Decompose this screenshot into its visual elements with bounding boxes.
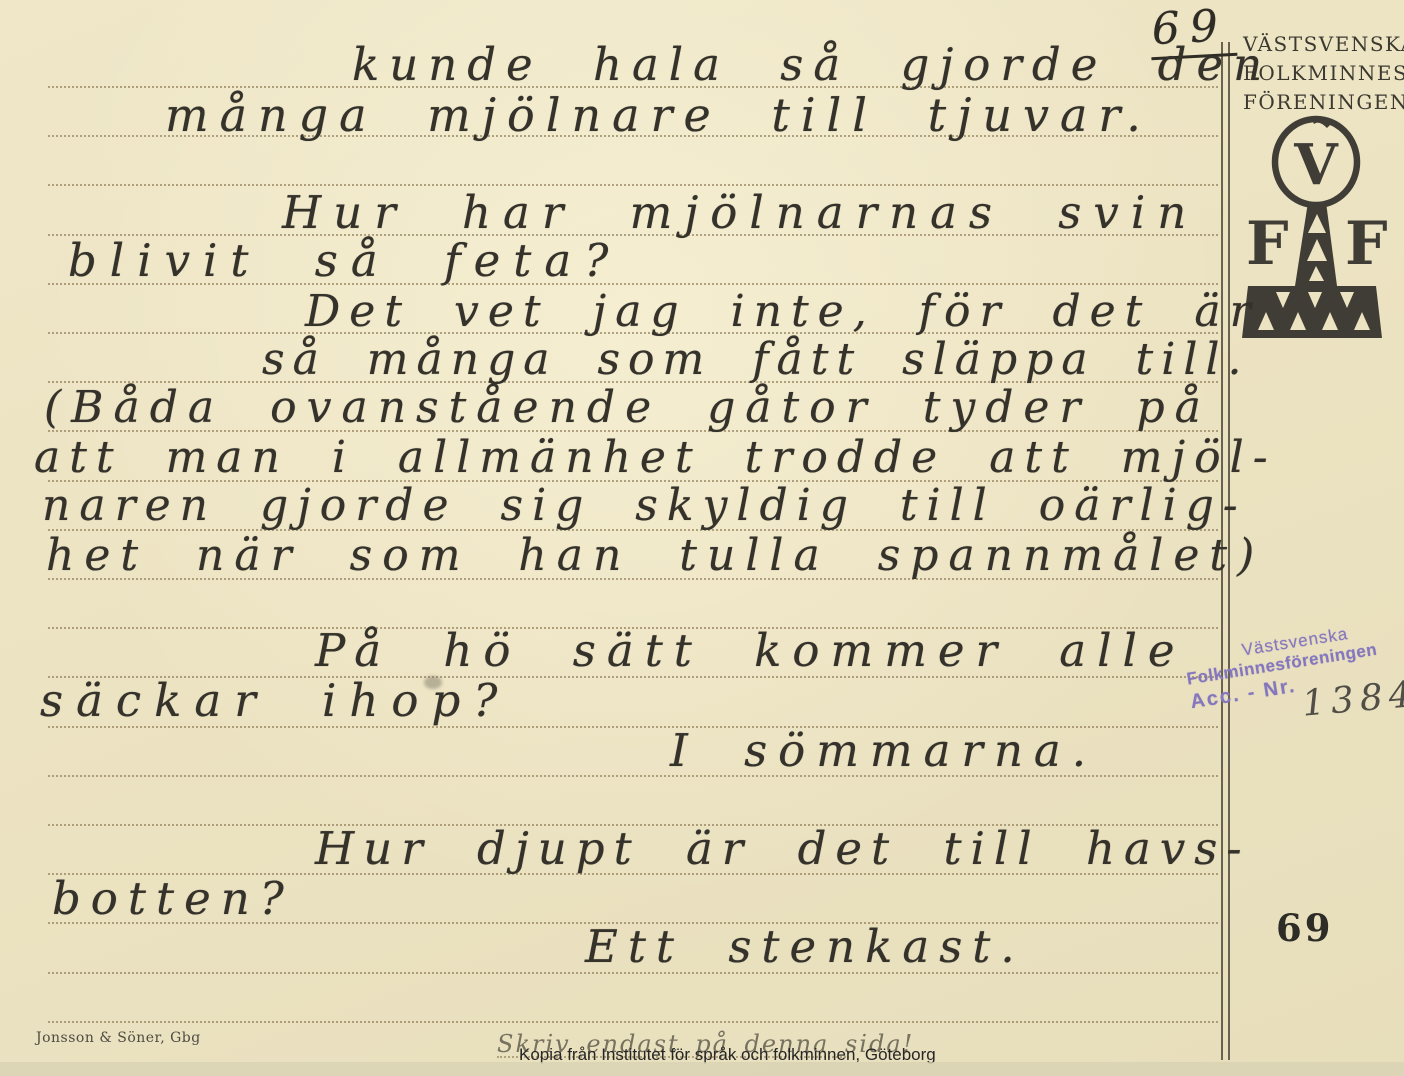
manuscript-line: så många som fått släppa till. [262, 334, 1249, 385]
manuscript-line: Hur har mjölnarnas svin [282, 186, 1198, 239]
printer-credit: Jonsson & Söner, Gbg [36, 1030, 201, 1046]
manuscript-line: (Båda ovanstående gåtor tyder på [44, 382, 1211, 433]
manuscript-line: botten? [52, 872, 294, 925]
manuscript-line: kunde hala så gjorde den [352, 38, 1272, 91]
manuscript-line: naren gjorde sig skyldig till oärlig- [42, 480, 1247, 531]
manuscript-line: blivit så feta? [68, 234, 621, 287]
logo-letter-v: V [1293, 132, 1339, 198]
manuscript-line: många mjölnare till tjuvar. [165, 88, 1152, 142]
scanned-document-page: 69 VÄSTSVENSKA FOLKMINNES- FÖRENINGEN V [0, 0, 1404, 1076]
vff-thors-hammer-logo-icon: V F F [1242, 112, 1392, 347]
manuscript-line: Det vet jag inte, för det är [305, 286, 1260, 337]
ruled-line [48, 1021, 1218, 1023]
logo-letter-f-left: F [1246, 209, 1289, 279]
ink-smudge [424, 676, 442, 689]
printed-page-number: 69 [1276, 906, 1334, 950]
manuscript-line: På hö sätt kommer alle [315, 624, 1186, 677]
manuscript-line: Hur djupt är det till havs- [315, 822, 1251, 875]
scan-bottom-edge [0, 1062, 1404, 1076]
manuscript-line: Ett stenkast. [585, 920, 1025, 973]
manuscript-line: I sömmarna. [670, 724, 1097, 777]
manuscript-line: het när som han tulla spannmålet) [46, 530, 1264, 581]
logo-letter-f-right: F [1345, 209, 1388, 279]
manuscript-line: att man i allmänhet trodde att mjöl- [34, 432, 1277, 483]
